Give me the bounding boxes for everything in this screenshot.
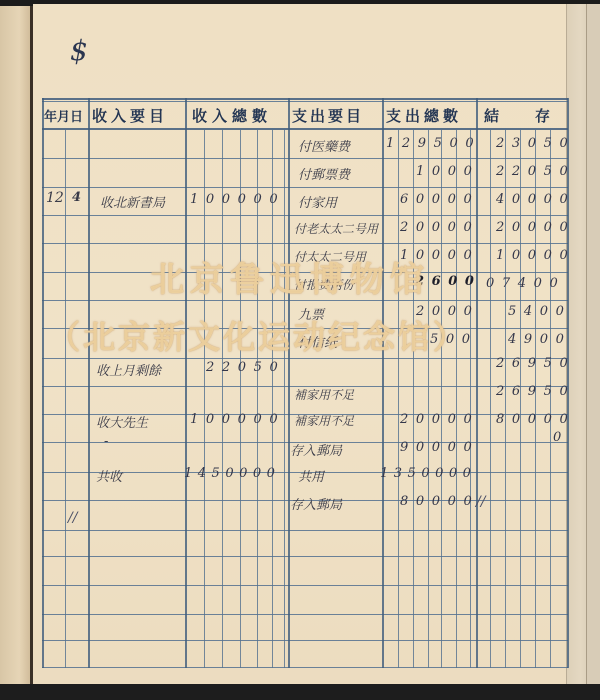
income-item: 收大先生 [96, 412, 148, 431]
expense-item: 付医藥费 [298, 136, 350, 155]
income-item: 收上月剩餘 [96, 360, 161, 379]
balance-amount: 40000 [496, 192, 575, 207]
balance-amount: 07400 [486, 276, 565, 291]
expense-item: 付老太太二号用 [294, 220, 378, 237]
currency-mark: $ [70, 34, 88, 67]
expense-amount: 60000 [400, 192, 479, 207]
balance-amount: 0 [553, 430, 569, 445]
balance-amount: 20000 [496, 220, 575, 235]
header-expense-total: 支出總數 [386, 101, 478, 129]
income-amount: 100000 [190, 412, 285, 427]
expense-amount: 2600 [415, 274, 482, 289]
income-amount: 22050 [206, 360, 285, 375]
header-expense-item: 支出要目 [292, 101, 384, 129]
balance-amount: 4900 [508, 332, 571, 347]
expense-amount: 20000 [400, 220, 479, 235]
income-item: - [104, 434, 108, 449]
header-income-item: 收入要目 [92, 101, 188, 129]
expense-amount: 500 [430, 332, 478, 347]
expense-item: 九票 [298, 304, 324, 323]
balance-amount: 26950 [496, 356, 575, 371]
balance-amount: 5400 [508, 304, 571, 319]
balance-amount: 26950 [496, 384, 575, 399]
expense-item: 付信纸 [298, 332, 337, 351]
entry-day: 4 [72, 190, 81, 205]
balance-amount: 10000 [496, 248, 575, 263]
ledger-grid [42, 98, 568, 668]
expense-amount: 1000 [416, 164, 479, 179]
expense-amount: 90000 [400, 440, 479, 455]
expense-item: 存入郵局 [290, 440, 342, 459]
book-cover-edge [586, 4, 600, 700]
closing-tick-mark: // [68, 510, 77, 526]
expense-item: 存入郵局 [290, 494, 342, 513]
balance-amount: 23050 [496, 136, 575, 151]
expense-item: 付家用 [298, 192, 337, 211]
income-amount: 1450000 [184, 466, 280, 481]
expense-amount: 2000 [416, 304, 479, 319]
expense-item: 補家用不足 [294, 386, 354, 403]
balance-amount: 80000 [496, 412, 575, 427]
balance-amount: 22050 [496, 164, 575, 179]
header-date: 年月日 [44, 101, 90, 129]
header-balance: 結 存 [484, 101, 568, 129]
expense-amount: 1350000 [380, 466, 476, 481]
expense-item: 共用 [298, 466, 324, 485]
expense-amount: 80000 [400, 494, 479, 509]
expense-amount: 129500 [386, 136, 481, 151]
expense-item: 補家用不足 [294, 412, 354, 429]
income-item: 共收 [96, 466, 122, 485]
entry-month: 12 [46, 190, 64, 206]
expense-item: 付郵票费 [298, 164, 350, 183]
closing-tick-mark: // [476, 494, 485, 510]
income-amount: 100000 [190, 192, 285, 207]
expense-item: 付报费两份 [294, 276, 354, 293]
expense-amount: 20000 [400, 412, 479, 427]
background-surface [0, 684, 600, 700]
expense-item: 付太太二号用 [294, 248, 366, 265]
expense-amount: 10000 [400, 248, 479, 263]
income-item: 收北新書局 [100, 192, 165, 211]
left-facing-page [0, 6, 32, 700]
header-income-total: 收入總數 [192, 101, 288, 129]
